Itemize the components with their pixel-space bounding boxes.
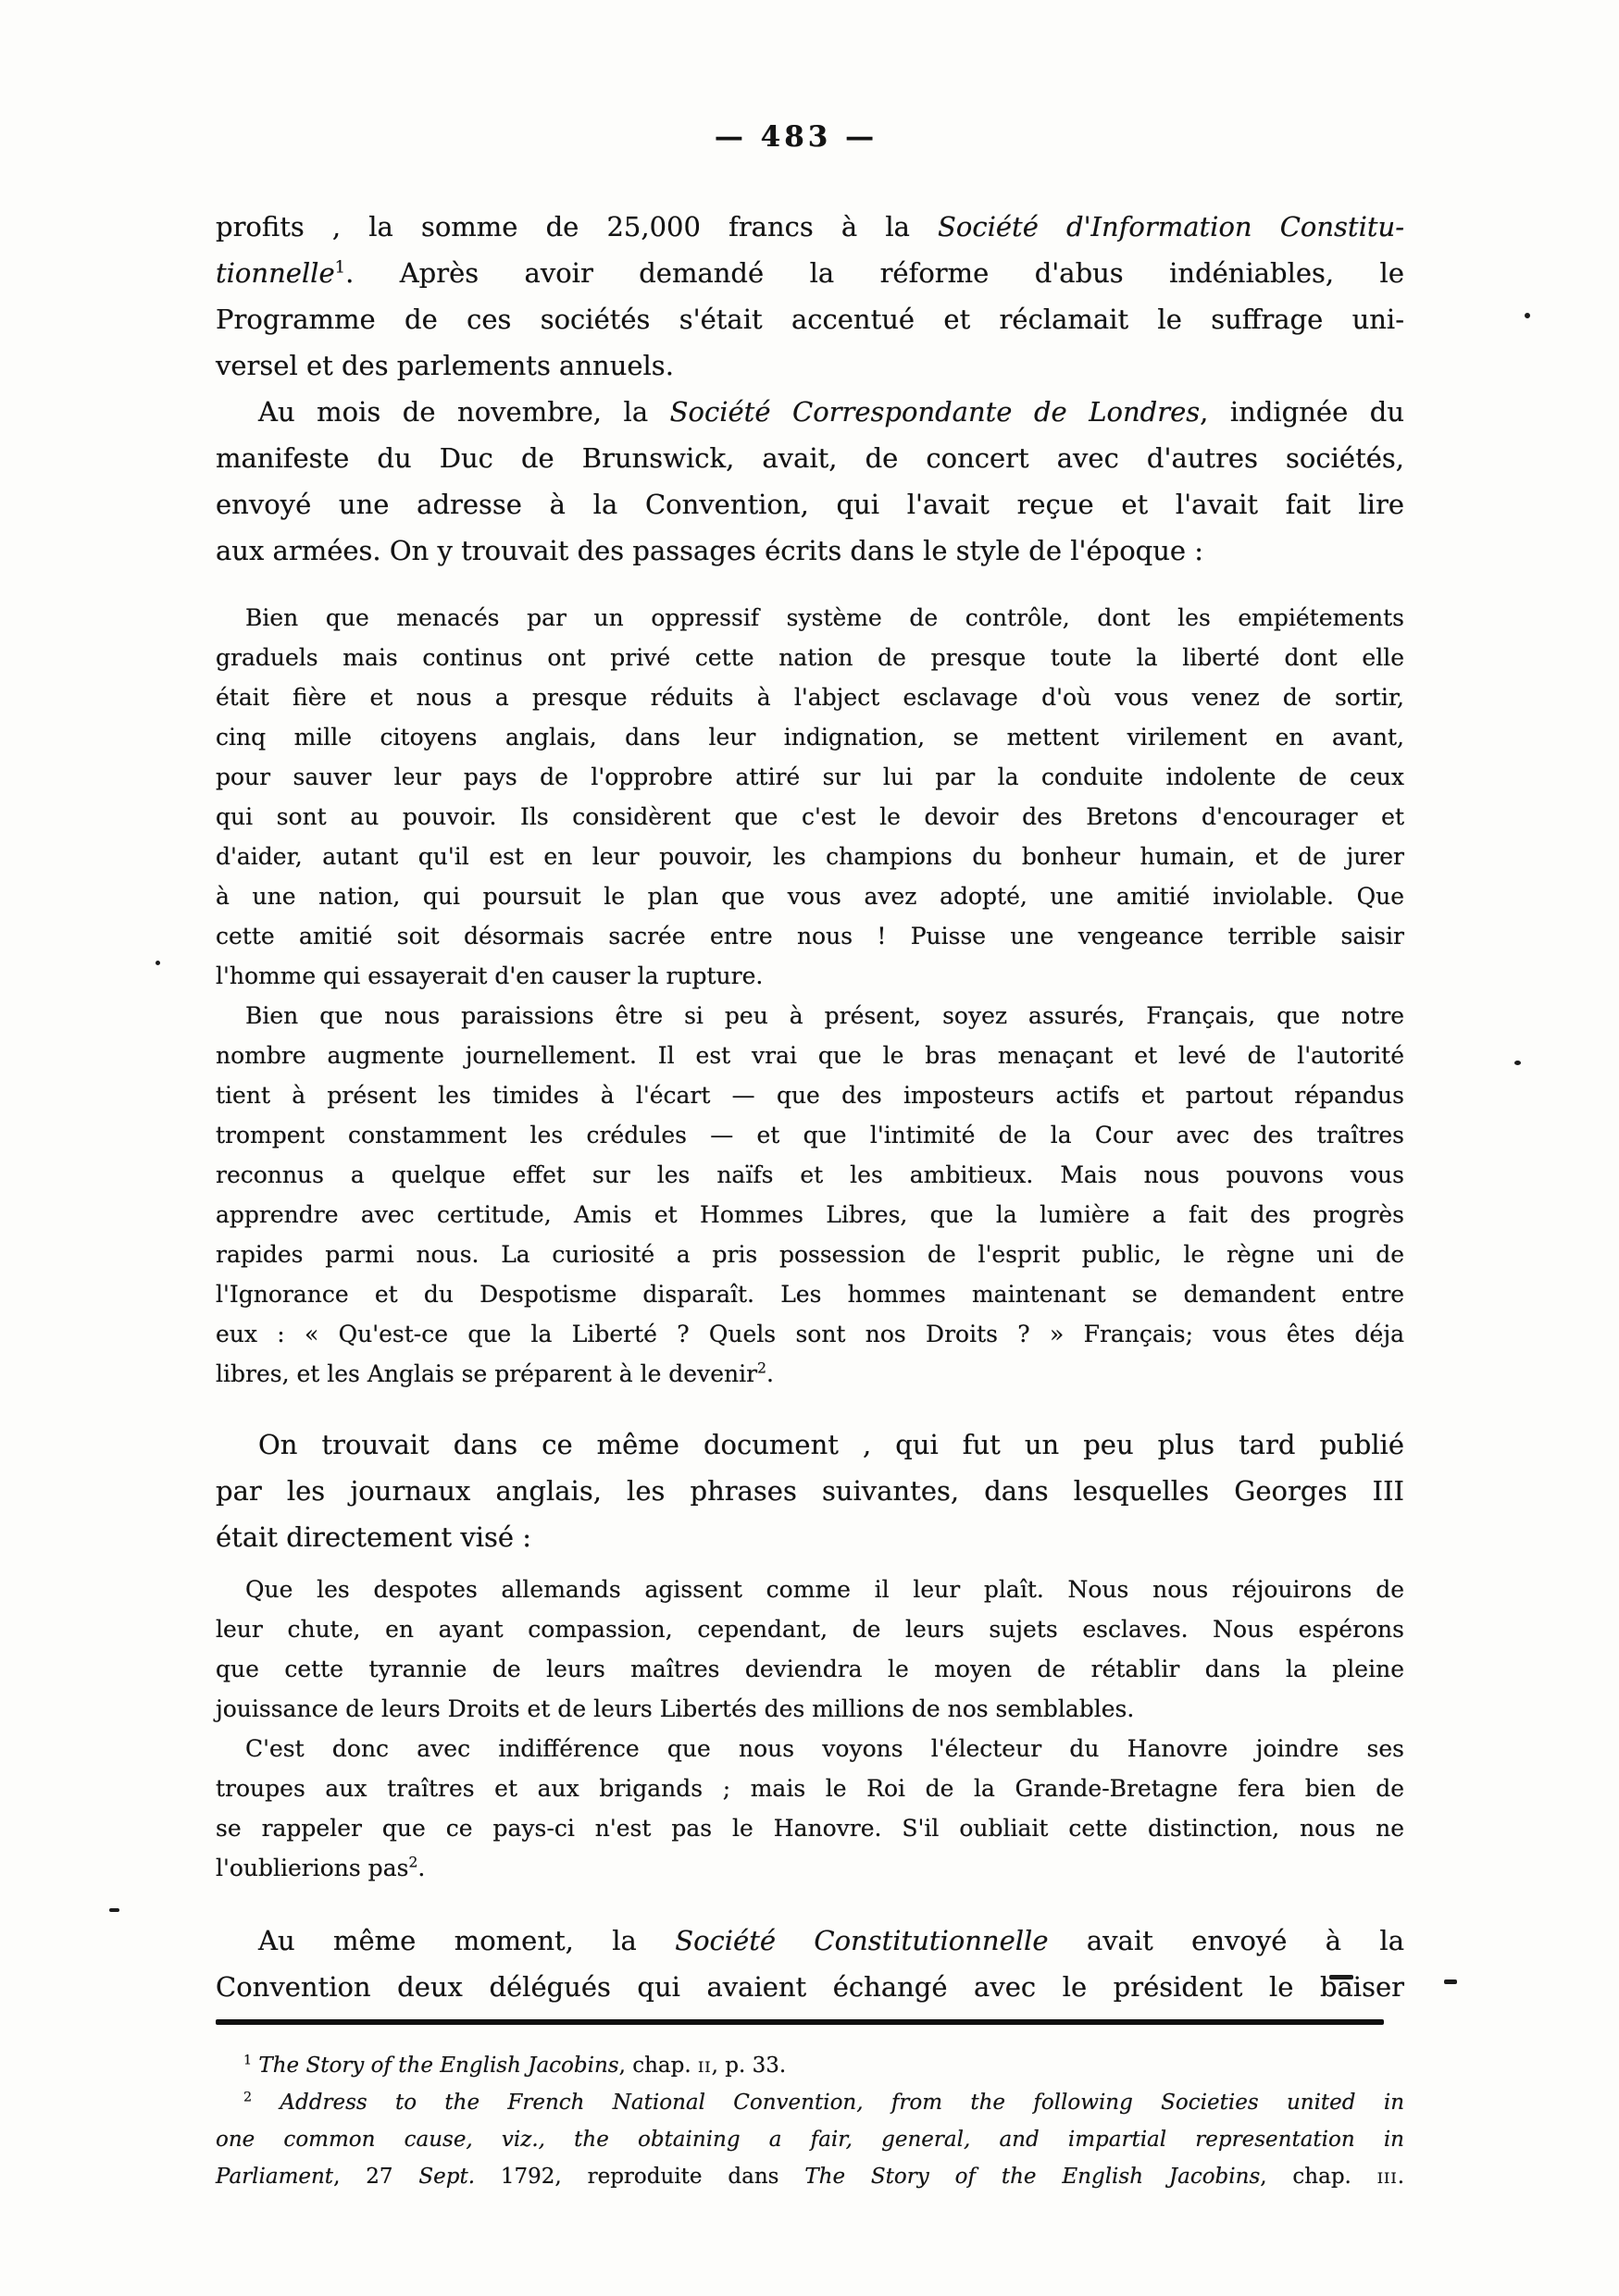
text-segment: , p. 33.: [712, 2054, 787, 2078]
footnotes: 1 The Story of the English Jacobins, cha…: [216, 2047, 1404, 2195]
text-segment: qui sont au pouvoir. Ils considèrent que…: [216, 803, 1404, 830]
paragraph-2: Au mois de novembre, la Société Correspo…: [216, 389, 1404, 574]
footnote-marker: 2: [408, 1855, 417, 1871]
text-line: l'homme qui essayerait d'en causer la ru…: [216, 956, 1404, 996]
text-line: manifeste du Duc de Brunswick, avait, de…: [216, 435, 1404, 481]
paragraph-3: On trouvait dans ce même document , qui …: [216, 1421, 1404, 1560]
scan-speck: [1525, 313, 1530, 318]
scan-speck: [1514, 1061, 1521, 1065]
text-segment: Société Correspondante de Londres: [670, 396, 1200, 428]
scan-speck: [1329, 1975, 1353, 1980]
text-line: tient à présent les timides à l'écart — …: [216, 1075, 1404, 1115]
text-segment: reconnus a quelque effet sur les naïfs e…: [216, 1161, 1404, 1188]
text-line: Programme de ces sociétés s'était accent…: [216, 296, 1404, 342]
text-segment: Address to the French National Conventio…: [280, 2091, 1404, 2115]
text-segment: libres, et les Anglais se préparent à le…: [216, 1360, 757, 1387]
main-text: profits , la somme de 25,000 francs à la…: [216, 204, 1404, 2010]
footnote-1: 1 The Story of the English Jacobins, cha…: [216, 2047, 1404, 2084]
text-segment: profits , la somme de 25,000 francs à la: [216, 211, 938, 242]
text-line: Convention deux délégués qui avaient éch…: [216, 1964, 1404, 2010]
text-segment: d'aider, autant qu'il est en leur pouvoi…: [216, 843, 1404, 870]
text-line: libres, et les Anglais se préparent à le…: [216, 1354, 1404, 1394]
text-segment: l'Ignorance et du Despotisme disparaît. …: [216, 1281, 1404, 1308]
text-segment: The Story of the English Jacobins: [804, 2165, 1260, 2189]
text-segment: apprendre avec certitude, Amis et Hommes…: [216, 1201, 1404, 1228]
text-line: one common cause, viz., the obtaining a …: [216, 2121, 1404, 2158]
text-column: profits , la somme de 25,000 francs à la…: [216, 204, 1404, 2195]
text-segment: cinq mille citoyens anglais, dans leur i…: [216, 724, 1404, 751]
text-segment: trompent constamment les crédules — et q…: [216, 1122, 1404, 1148]
text-line: reconnus a quelque effet sur les naïfs e…: [216, 1155, 1404, 1195]
text-segment: par les journaux anglais, les phrases su…: [216, 1475, 1404, 1507]
text-segment: [252, 2091, 280, 2115]
text-segment: que cette tyrannie de leurs maîtres devi…: [216, 1656, 1404, 1682]
text-line: eux : « Qu'est-ce que la Liberté ? Quels…: [216, 1314, 1404, 1354]
scan-speck: [109, 1908, 119, 1912]
text-line: pour sauver leur pays de l'opprobre atti…: [216, 757, 1404, 797]
text-line: Bien que menacés par un oppressif systèm…: [216, 598, 1404, 638]
text-line: profits , la somme de 25,000 francs à la…: [216, 204, 1404, 250]
text-segment: iii: [1377, 2165, 1398, 2189]
quote-2b: C'est donc avec indifférence que nous vo…: [216, 1729, 1404, 1888]
quote-1b: Bien que nous paraissions être si peu à …: [216, 996, 1404, 1394]
text-line: Au même moment, la Société Constitutionn…: [216, 1917, 1404, 1964]
scan-speck: [1444, 1980, 1457, 1984]
text-segment: Parliament: [216, 2165, 333, 2189]
text-segment: tionnelle: [216, 257, 335, 289]
page-number: — 483 —: [0, 120, 1592, 154]
text-line: trompent constamment les crédules — et q…: [216, 1115, 1404, 1155]
footnote-marker: 1: [335, 257, 345, 277]
text-line: par les journaux anglais, les phrases su…: [216, 1468, 1404, 1514]
text-segment: envoyé une adresse à la Convention, qui …: [216, 489, 1404, 520]
text-segment: était fière et nous a presque réduits à …: [216, 684, 1404, 711]
text-segment: Au mois de novembre, la: [258, 396, 670, 428]
text-segment: .: [1398, 2165, 1404, 2189]
text-line: tionnelle1. Après avoir demandé la réfor…: [216, 250, 1404, 296]
text-line: était directement visé :: [216, 1514, 1404, 1560]
text-line: C'est donc avec indifférence que nous vo…: [216, 1729, 1404, 1769]
text-line: 2 Address to the French National Convent…: [216, 2084, 1404, 2121]
text-segment: ii: [698, 2054, 712, 2078]
text-segment: troupes aux traîtres et aux brigands ; m…: [216, 1775, 1404, 1802]
text-line: leur chute, en ayant compassion, cependa…: [216, 1609, 1404, 1649]
text-segment: nombre augmente journellement. Il est vr…: [216, 1042, 1404, 1069]
text-line: graduels mais continus ont privé cette n…: [216, 638, 1404, 677]
text-line: aux armées. On y trouvait des passages é…: [216, 527, 1404, 574]
text-line: Parliament, 27 Sept. 1792, reproduite da…: [216, 2158, 1404, 2195]
text-segment: pour sauver leur pays de l'opprobre atti…: [216, 763, 1404, 790]
text-segment: Bien que menacés par un oppressif systèm…: [245, 604, 1404, 631]
text-segment: one common cause, viz., the obtaining a …: [216, 2128, 1404, 2152]
text-segment: The Story of the English Jacobins: [258, 2054, 618, 2078]
text-segment: Société d'Information Constitu-: [938, 211, 1404, 242]
text-segment: cette amitié soit désormais sacrée entre…: [216, 923, 1404, 949]
text-line: était fière et nous a presque réduits à …: [216, 677, 1404, 717]
text-segment: rapides parmi nous. La curiosité a pris …: [216, 1241, 1404, 1268]
scan-speck: [156, 961, 160, 965]
text-segment: jouissance de leurs Droits et de leurs L…: [216, 1695, 1134, 1722]
footnote-2: 2 Address to the French National Convent…: [216, 2084, 1404, 2195]
text-line: troupes aux traîtres et aux brigands ; m…: [216, 1769, 1404, 1808]
text-segment: , indignée du: [1200, 396, 1404, 428]
text-line: qui sont au pouvoir. Ils considèrent que…: [216, 797, 1404, 837]
text-segment: à une nation, qui poursuit le plan que v…: [216, 883, 1404, 910]
text-line: envoyé une adresse à la Convention, qui …: [216, 481, 1404, 527]
text-segment: C'est donc avec indifférence que nous vo…: [245, 1735, 1404, 1762]
footnote-separator: [216, 2019, 1384, 2025]
paragraph-4: Au même moment, la Société Constitutionn…: [216, 1917, 1404, 2010]
text-segment: , 27: [333, 2165, 418, 2189]
book-page: — 483 — profits , la somme de 25,000 fra…: [0, 0, 1619, 2296]
text-segment: aux armées. On y trouvait des passages é…: [216, 535, 1203, 566]
text-segment: leur chute, en ayant compassion, cependa…: [216, 1616, 1404, 1643]
text-line: l'Ignorance et du Despotisme disparaît. …: [216, 1274, 1404, 1314]
text-segment: Sept.: [418, 2165, 475, 2189]
text-segment: Société Constitutionnelle: [675, 1925, 1048, 1956]
text-line: que cette tyrannie de leurs maîtres devi…: [216, 1649, 1404, 1689]
text-line: se rappeler que ce pays-ci n'est pas le …: [216, 1808, 1404, 1848]
text-segment: avait envoyé à la: [1049, 1925, 1405, 1956]
text-segment: était directement visé :: [216, 1521, 531, 1553]
text-segment: l'homme qui essayerait d'en causer la ru…: [216, 962, 763, 989]
text-line: Bien que nous paraissions être si peu à …: [216, 996, 1404, 1036]
footnote-marker: 2: [243, 2090, 252, 2104]
footnote-marker: 1: [243, 2053, 252, 2067]
text-segment: Au même moment, la: [258, 1925, 675, 1956]
text-segment: Convention deux délégués qui avaient éch…: [216, 1971, 1404, 2003]
text-line: apprendre avec certitude, Amis et Hommes…: [216, 1195, 1404, 1235]
text-line: 1 The Story of the English Jacobins, cha…: [216, 2047, 1404, 2084]
text-segment: , chap.: [619, 2054, 698, 2078]
footnote-marker: 2: [757, 1360, 766, 1377]
text-line: Au mois de novembre, la Société Correspo…: [216, 389, 1404, 435]
text-line: jouissance de leurs Droits et de leurs L…: [216, 1689, 1404, 1729]
text-line: l'oublierions pas2.: [216, 1848, 1404, 1888]
text-line: cinq mille citoyens anglais, dans leur i…: [216, 717, 1404, 757]
paragraph-1: profits , la somme de 25,000 francs à la…: [216, 204, 1404, 389]
text-segment: se rappeler que ce pays-ci n'est pas le …: [216, 1815, 1404, 1842]
text-segment: Bien que nous paraissions être si peu à …: [245, 1002, 1404, 1029]
text-segment: Que les despotes allemands agissent comm…: [245, 1576, 1404, 1603]
text-segment: eux : « Qu'est-ce que la Liberté ? Quels…: [216, 1321, 1404, 1347]
text-segment: graduels mais continus ont privé cette n…: [216, 644, 1404, 671]
text-segment: manifeste du Duc de Brunswick, avait, de…: [216, 442, 1404, 474]
text-segment: , chap.: [1260, 2165, 1376, 2189]
quote-2a: Que les despotes allemands agissent comm…: [216, 1570, 1404, 1729]
text-segment: 1792, reproduite dans: [475, 2165, 804, 2189]
quote-1a: Bien que menacés par un oppressif systèm…: [216, 598, 1404, 996]
text-segment: l'oublierions pas: [216, 1855, 408, 1881]
text-segment: .: [766, 1360, 774, 1387]
text-segment: versel et des parlements annuels.: [216, 350, 674, 381]
text-segment: On trouvait dans ce même document , qui …: [258, 1429, 1404, 1460]
text-line: versel et des parlements annuels.: [216, 342, 1404, 389]
text-segment: .: [417, 1855, 425, 1881]
text-line: cette amitié soit désormais sacrée entre…: [216, 916, 1404, 956]
text-segment: Programme de ces sociétés s'était accent…: [216, 304, 1404, 335]
text-line: à une nation, qui poursuit le plan que v…: [216, 876, 1404, 916]
text-line: Que les despotes allemands agissent comm…: [216, 1570, 1404, 1609]
text-line: rapides parmi nous. La curiosité a pris …: [216, 1235, 1404, 1274]
text-segment: tient à présent les timides à l'écart — …: [216, 1082, 1404, 1109]
text-line: On trouvait dans ce même document , qui …: [216, 1421, 1404, 1468]
text-segment: . Après avoir demandé la réforme d'abus …: [345, 257, 1404, 289]
text-line: nombre augmente journellement. Il est vr…: [216, 1036, 1404, 1075]
text-line: d'aider, autant qu'il est en leur pouvoi…: [216, 837, 1404, 876]
